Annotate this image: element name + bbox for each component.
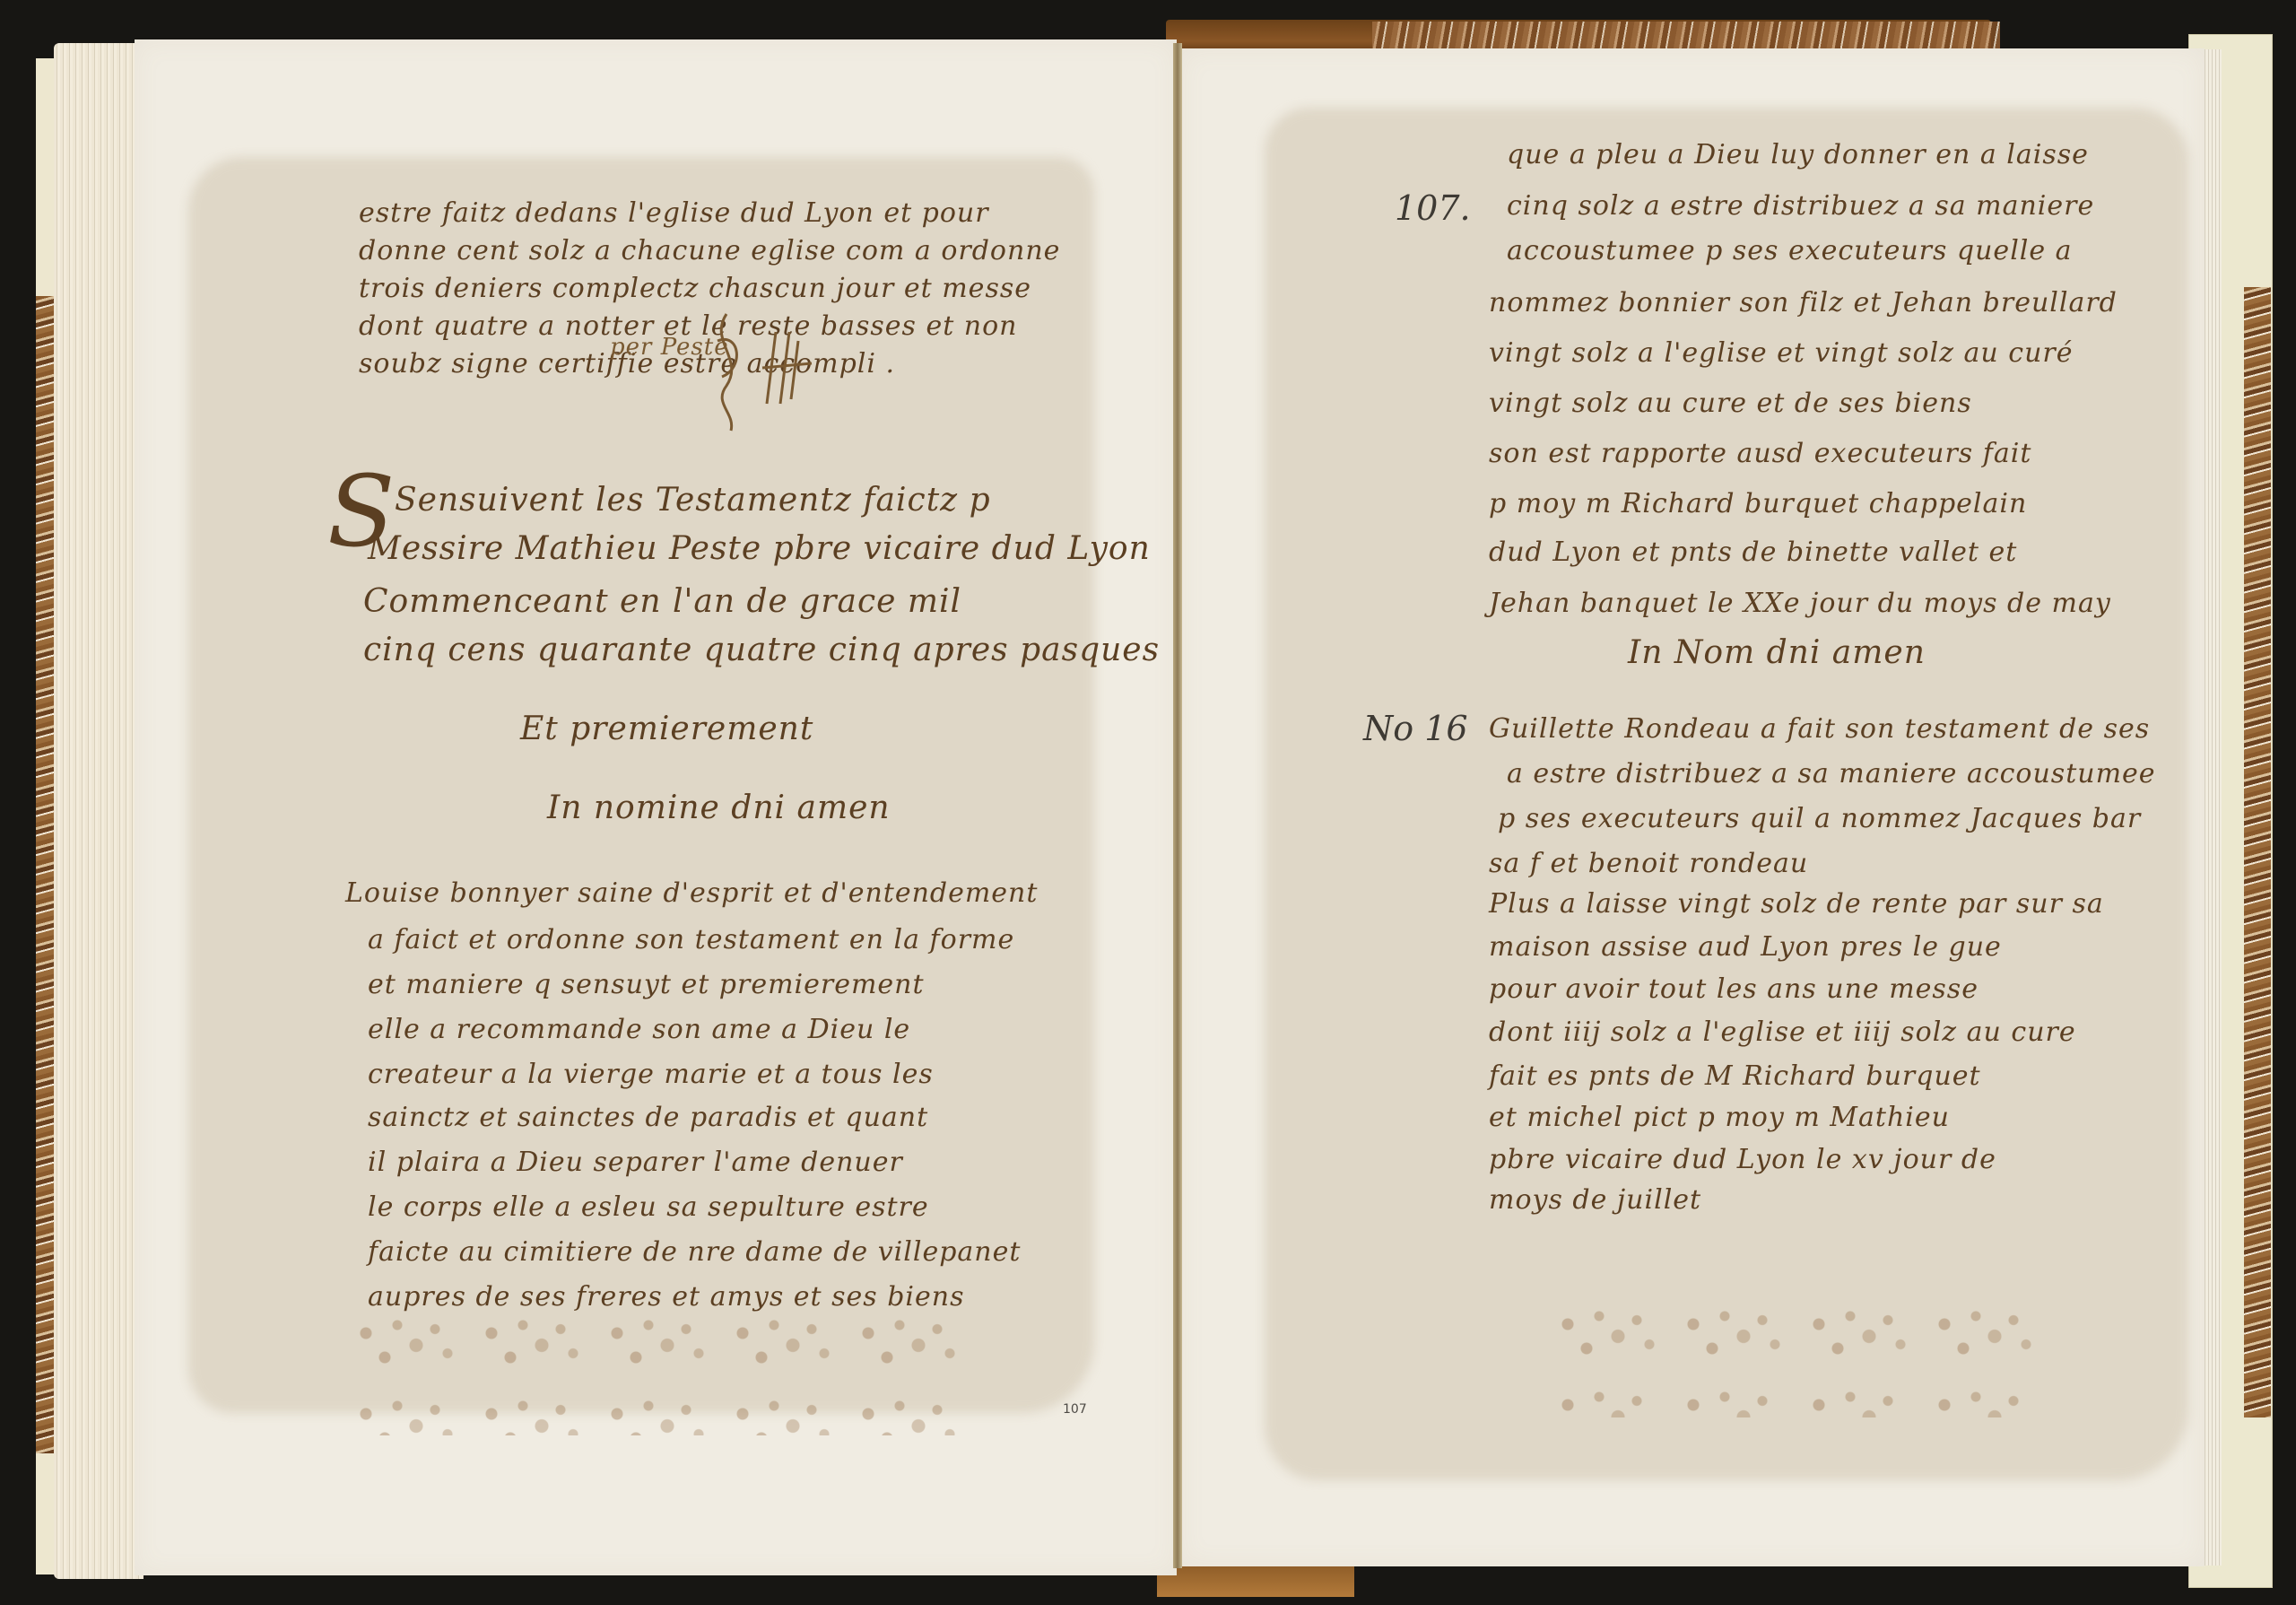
manuscript-line: cinq solz a estre distribuez a sa manier… bbox=[1507, 190, 2094, 222]
heading-line: cinq cens quarante quatre cinq apres pas… bbox=[363, 634, 1160, 667]
manuscript-line: sa f et benoit rondeau bbox=[1489, 848, 1808, 880]
manuscript-line: le corps elle a esleu sa sepulture estre bbox=[368, 1191, 929, 1224]
manuscript-line: createur a la vierge marie et a tous les bbox=[368, 1059, 934, 1091]
foxing-right bbox=[1543, 1292, 2045, 1417]
manuscript-line: Jehan banquet le XXe jour du moys de may bbox=[1489, 588, 2111, 620]
heading-line: Commenceant en l'an de grace mil bbox=[363, 586, 961, 618]
heading-line: Messire Mathieu Peste pbre vicaire dud L… bbox=[368, 533, 1151, 565]
subheading-et-premierement: Et premierement bbox=[520, 713, 813, 746]
subheading-in-nomine: In nomine dni amen bbox=[547, 792, 891, 824]
manuscript-line: que a pleu a Dieu luy donner en a laisse bbox=[1507, 139, 2089, 171]
manuscript-line: vingt solz a l'eglise et vingt solz au c… bbox=[1489, 337, 2074, 370]
in-nomine-heading: In Nom dni amen bbox=[1628, 637, 1926, 669]
foxing-left bbox=[341, 1301, 987, 1435]
manuscript-line: et maniere q sensuyt et premierement bbox=[368, 969, 925, 1001]
manuscript-line: son est rapporte ausd executeurs fait bbox=[1489, 438, 2031, 470]
page-stack-right bbox=[2202, 49, 2222, 1566]
manuscript-line: nommez bonnier son filz et Jehan breulla… bbox=[1489, 287, 2118, 319]
manuscript-line: dont iiij solz a l'eglise et iiij solz a… bbox=[1489, 1016, 2076, 1049]
manuscript-line: a estre distribuez a sa maniere accoustu… bbox=[1507, 758, 2156, 790]
manuscript-line: estre faitz dedans l'eglise dud Lyon et … bbox=[359, 197, 989, 230]
manuscript-line: trois deniers complectz chascun jour et … bbox=[359, 273, 1031, 305]
margin-number-no16: No 16 bbox=[1363, 709, 1468, 748]
book-bottom-board bbox=[1157, 1561, 1354, 1597]
margin-number-107: 107. bbox=[1395, 188, 1471, 228]
manuscript-line: maison assise aud Lyon pres le gue bbox=[1489, 931, 2002, 964]
manuscript-line: vingt solz au cure et de ses biens bbox=[1489, 388, 1972, 420]
manuscript-line: faicte au cimitiere de nre dame de ville… bbox=[368, 1236, 1021, 1269]
manuscript-line: accoustumee p ses executeurs quelle a bbox=[1507, 235, 2073, 267]
manuscript-line: Louise bonnyer saine d'esprit et d'enten… bbox=[345, 877, 1038, 910]
folio-number: 107 bbox=[1063, 1402, 1087, 1417]
manuscript-line: p ses executeurs quil a nommez Jacques b… bbox=[1498, 803, 2141, 835]
heading-line: Sensuivent les Testamentz faictz p bbox=[395, 484, 991, 517]
manuscript-line: a faict et ordonne son testament en la f… bbox=[368, 924, 1014, 956]
manuscript-line: donne cent solz a chacune eglise com a o… bbox=[359, 235, 1060, 267]
manuscript-line: Plus a laisse vingt solz de rente par su… bbox=[1489, 888, 2104, 920]
marbled-right-edge bbox=[2244, 287, 2271, 1417]
manuscript-line: sainctz et sainctes de paradis et quant bbox=[368, 1102, 928, 1134]
manuscript-line: moys de juillet bbox=[1489, 1184, 1701, 1217]
page-stack-left bbox=[54, 43, 143, 1579]
manuscript-line: fait es pnts de M Richard burquet bbox=[1489, 1060, 1981, 1093]
manuscript-line: dud Lyon et pnts de binette vallet et bbox=[1489, 536, 2017, 569]
manuscript-line: p moy m Richard burquet chappelain bbox=[1489, 488, 2027, 520]
manuscript-line: et michel pict p moy m Mathieu bbox=[1489, 1102, 1950, 1134]
manuscript-line: aupres de ses freres et amys et ses bien… bbox=[368, 1281, 965, 1313]
manuscript-line: pour avoir tout les ans une messe bbox=[1489, 973, 1979, 1006]
manuscript-line: Guillette Rondeau a fait son testament d… bbox=[1489, 713, 2150, 746]
manuscript-line: elle a recommande son ame a Dieu le bbox=[368, 1014, 910, 1046]
signature-flourish-icon bbox=[691, 305, 834, 440]
gutter bbox=[1173, 43, 1182, 1568]
manuscript-line: pbre vicaire dud Lyon le xv jour de bbox=[1489, 1144, 1996, 1176]
manuscript-line: il plaira a Dieu separer l'ame denuer bbox=[368, 1147, 903, 1179]
